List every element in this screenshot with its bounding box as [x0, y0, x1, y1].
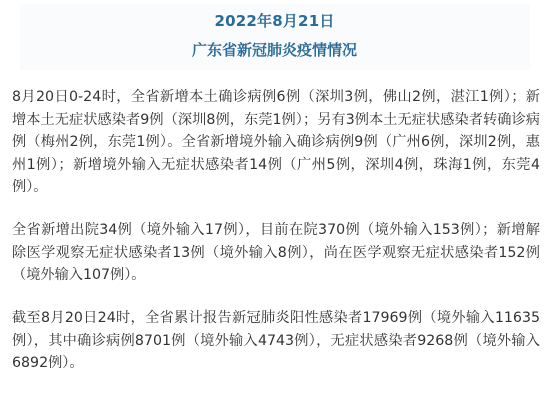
- paragraph-discharge-status: 全省新增出院34例（境外输入17例），目前在院370例（境外输入153例）；新增…: [12, 219, 540, 287]
- paragraph-new-cases: 8月20日0-24时，全省新增本土确诊病例6例（深圳3例，佛山2例，湛江1例）；…: [12, 86, 540, 199]
- report-date-heading: 2022年8月21日: [0, 11, 549, 31]
- report-title-heading: 广东省新冠肺炎疫情情况: [0, 40, 549, 60]
- paragraph-cumulative-totals: 截至8月20日24时，全省累计报告新冠肺炎阳性感染者17969例（境外输入116…: [12, 307, 540, 375]
